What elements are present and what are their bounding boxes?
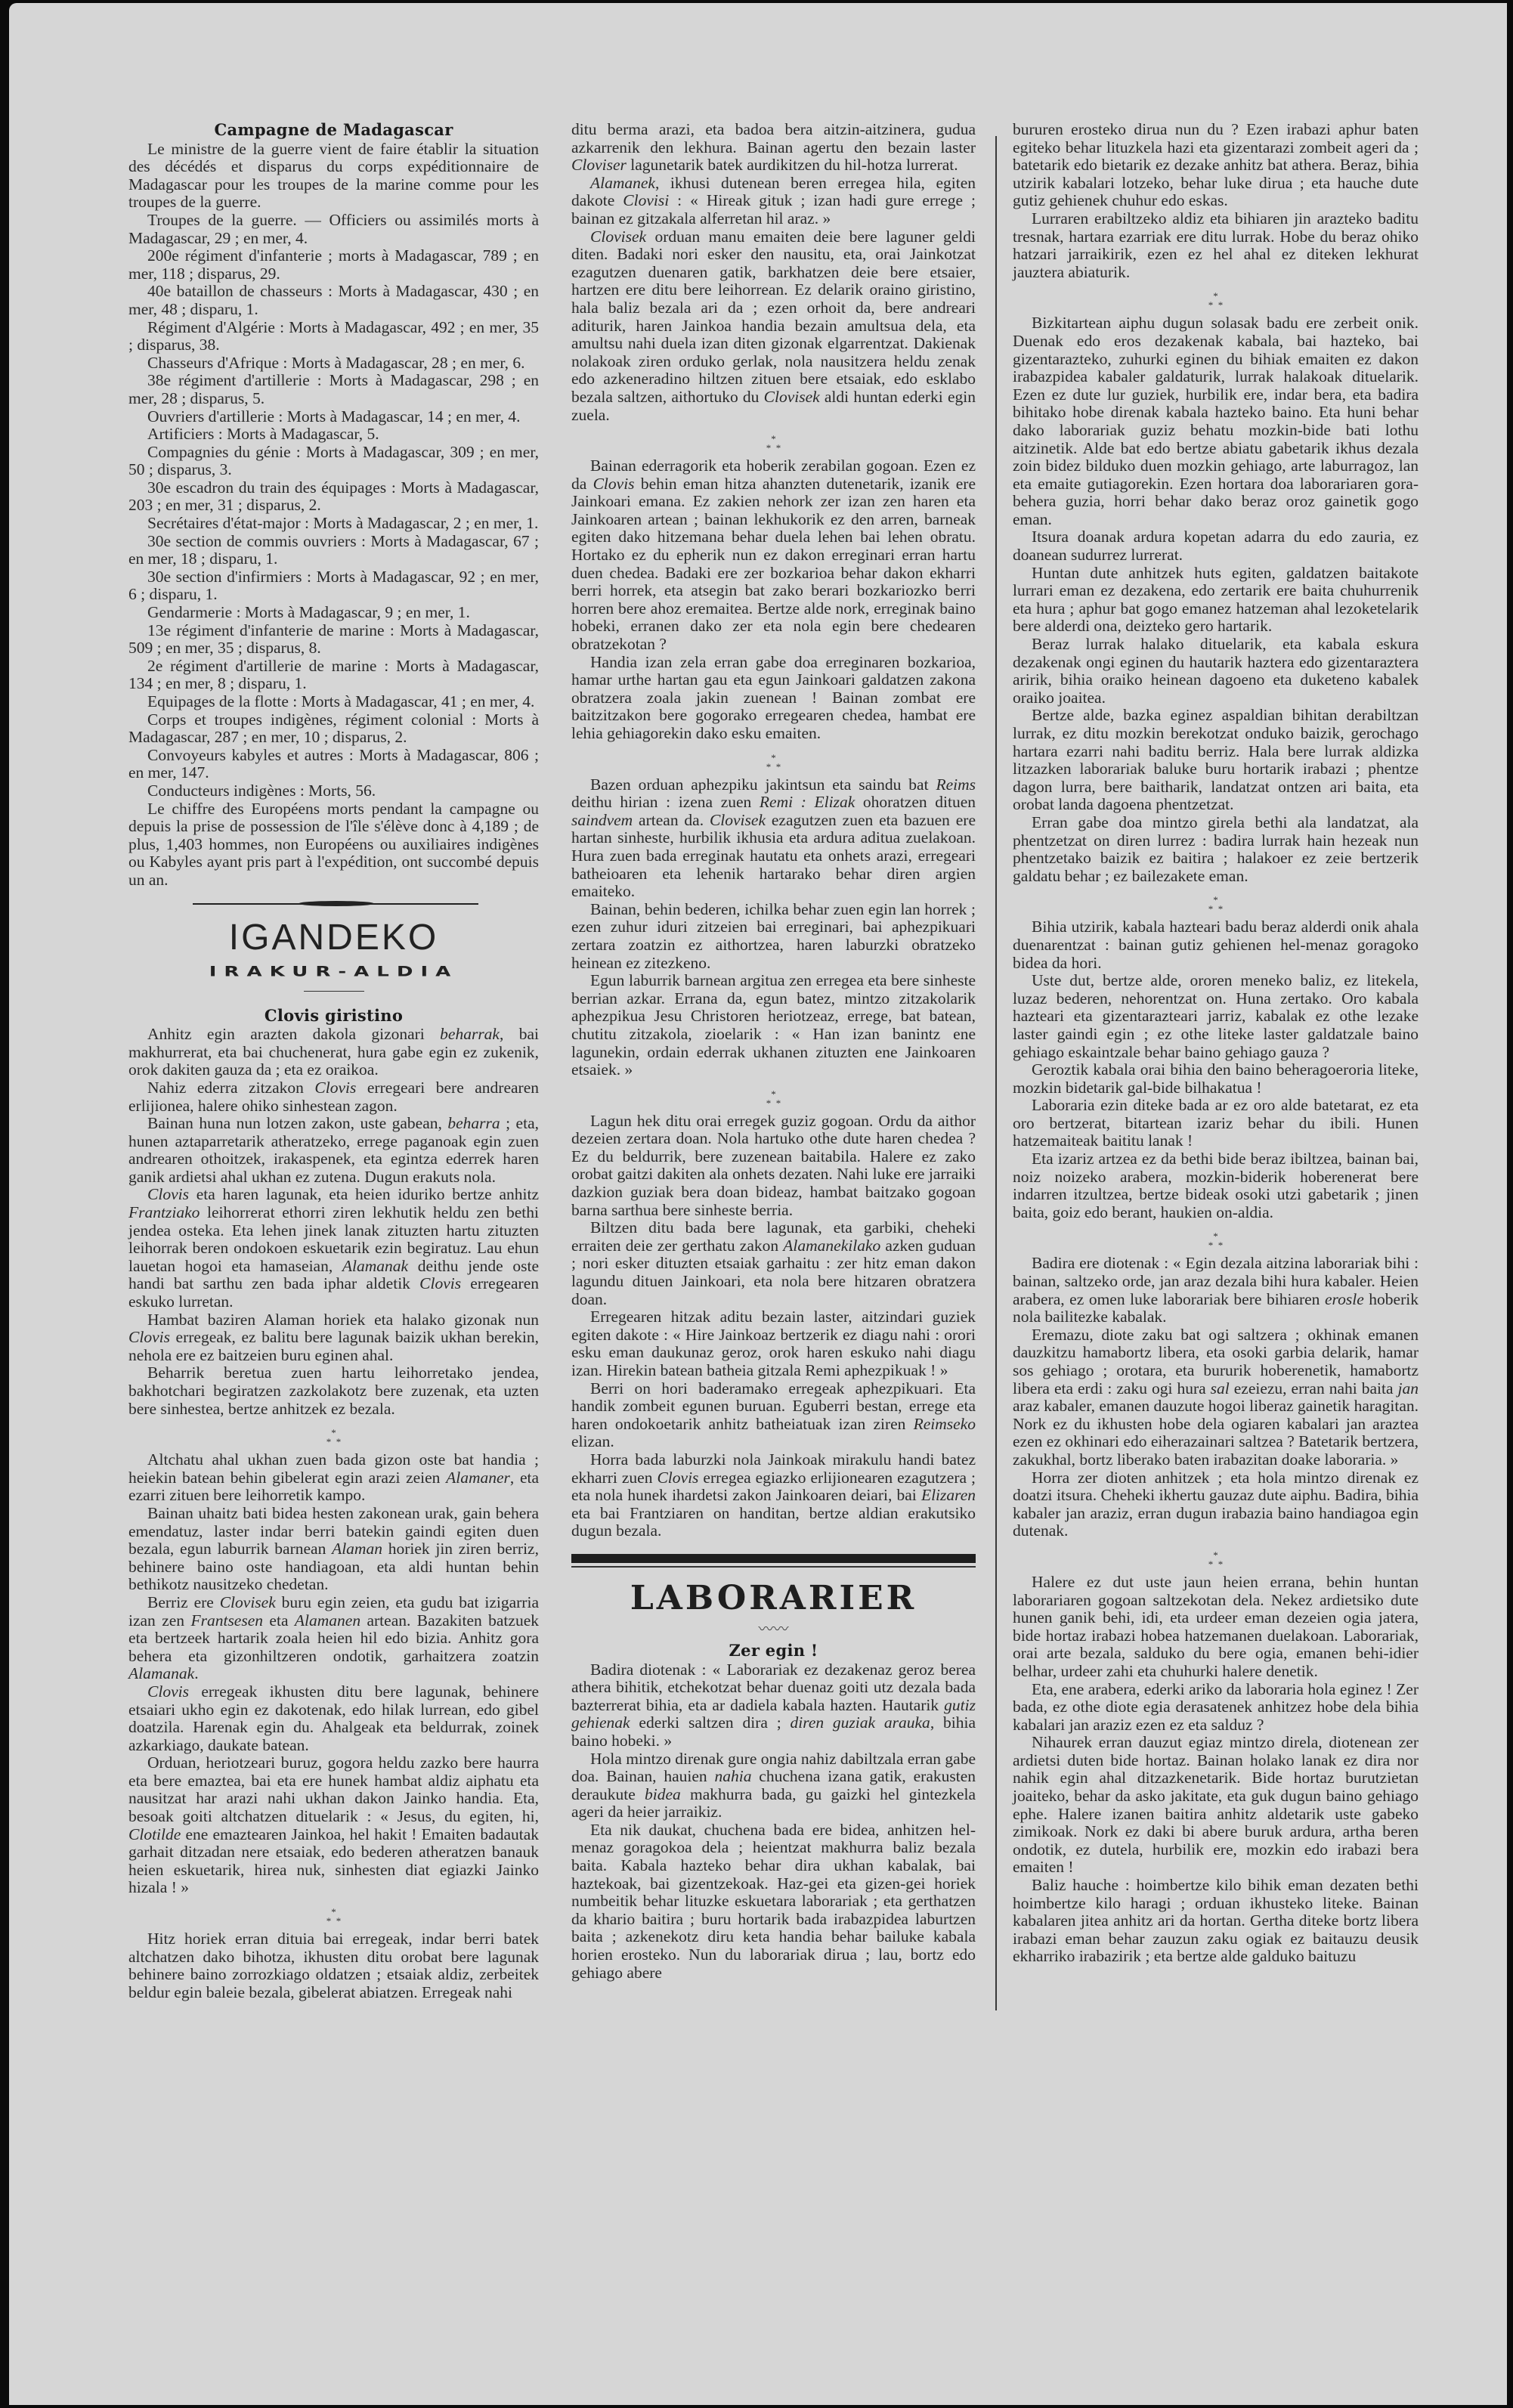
ornamental-divider <box>128 896 539 912</box>
paragraph: Eta nik daukat, chuchena bada ere bidea,… <box>571 1821 976 1982</box>
asterism-divider: ** * <box>1013 1540 1419 1574</box>
paragraph: Hitz horiek erran dituia bai erregeak, i… <box>128 1930 539 2001</box>
paragraph: bururen erosteko dirua nun du ? Ezen ira… <box>1013 121 1419 210</box>
clovis-article-part3: Hitz horiek erran dituia bai erregeak, i… <box>128 1930 539 2001</box>
paragraph: Hambat baziren Alaman horiek eta halako … <box>128 1311 539 1365</box>
paragraph: Erran gabe doa mintzo girela bethi ala l… <box>1013 814 1419 885</box>
paragraph: Geroztik kabala orai bihia den baino beh… <box>1013 1061 1419 1097</box>
laborarier-continued-4: Badira ere diotenak : « Egin dezala aitz… <box>1013 1255 1419 1540</box>
paragraph: Altchatu ahal ukhan zuen bada gizon oste… <box>128 1451 539 1505</box>
paragraph: Laboraria ezin diteke bada ar ez oro ald… <box>1013 1097 1419 1150</box>
paragraph: Handia izan zela erran gabe doa erregina… <box>571 654 976 743</box>
paragraph: Clovisek orduan manu emaiten deie bere l… <box>571 228 976 425</box>
paragraph: Bizkitartean aiphu dugun solasak badu er… <box>1013 314 1419 528</box>
paragraph: Eta, ene arabera, ederki ariko da labora… <box>1013 1681 1419 1735</box>
paragraph: Régiment d'Algérie : Morts à Madagascar,… <box>128 319 539 354</box>
laborarier-continued-2: Bizkitartean aiphu dugun solasak badu er… <box>1013 314 1419 885</box>
paragraph: Biltzen ditu bada bere lagunak, eta garb… <box>571 1219 976 1308</box>
laborarier-continued-5: Halere ez dut uste jaun heien errana, be… <box>1013 1574 1419 1966</box>
paragraph: Troupes de la guerre. — Officiers ou ass… <box>128 212 539 247</box>
paragraph: Huntan dute anhitzek huts egiten, galdat… <box>1013 565 1419 636</box>
clovis-continued-3: Bazen orduan aphezpiku jakintsun eta sai… <box>571 776 976 1079</box>
asterism-divider: ** * <box>1013 885 1419 918</box>
asterism-divider: ** * <box>1013 1221 1419 1255</box>
thick-divider <box>571 1554 976 1563</box>
paragraph: Bihia utzirik, kabala hazteari badu bera… <box>1013 918 1419 972</box>
paragraph: Bainan huna nun lotzen zakon, uste gabea… <box>128 1115 539 1186</box>
paragraph: Clovis eta haren lagunak, eta heien idur… <box>128 1186 539 1311</box>
paragraph: 2e régiment d'artillerie de marine : Mor… <box>128 658 539 693</box>
paragraph: 40e bataillon de chasseurs : Morts à Mad… <box>128 283 539 318</box>
paragraph: Hola mintzo direnak gure ongia nahiz dab… <box>571 1750 976 1821</box>
paragraph: 30e section de commis ouvriers : Morts à… <box>128 533 539 568</box>
madagascar-title: Campagne de Madagascar <box>128 121 539 139</box>
paragraph: Egun laburrik barnean argitua zen errege… <box>571 972 976 1079</box>
paragraph: Equipages de la flotte : Morts à Madagas… <box>128 693 539 711</box>
paragraph: Chasseurs d'Afrique : Morts à Madagascar… <box>128 354 539 373</box>
wavy-divider: 〰〰 <box>571 1623 976 1636</box>
asterism-divider: ** * <box>128 1418 539 1451</box>
asterism-divider: ** * <box>1013 281 1419 314</box>
short-divider <box>304 991 364 992</box>
asterism-divider: ** * <box>571 1079 976 1113</box>
paragraph: Horra zer dioten anhitzek ; eta hola min… <box>1013 1469 1419 1540</box>
laborarier-article: Badira diotenak : « Laborariak ez dezake… <box>571 1661 976 1982</box>
paragraph: ditu berma arazi, eta badoa bera aitzin-… <box>571 121 976 175</box>
asterism-divider: ** * <box>571 743 976 776</box>
paragraph: Corps et troupes indigènes, régiment col… <box>128 711 539 747</box>
paragraph: Bazen orduan aphezpiku jakintsun eta sai… <box>571 776 976 901</box>
clovis-article-part2: Altchatu ahal ukhan zuen bada gizon oste… <box>128 1451 539 1897</box>
paragraph: Lurraren erabiltzeko aldiz eta bihiaren … <box>1013 210 1419 281</box>
clovis-continued-1: ditu berma arazi, eta badoa bera aitzin-… <box>571 121 976 424</box>
paragraph: Erregearen hitzak aditu bezain laster, a… <box>571 1308 976 1379</box>
paragraph: Badira diotenak : « Laborariak ez dezake… <box>571 1661 976 1750</box>
paragraph: 200e régiment d'infanterie ; morts à Mad… <box>128 247 539 283</box>
paragraph: Nihaurek erran dauzut egiaz mintzo direl… <box>1013 1734 1419 1877</box>
zer-egin-title: Zer egin ! <box>571 1642 976 1660</box>
paragraph: Artificiers : Morts à Madagascar, 5. <box>128 426 539 444</box>
paragraph: Baliz hauche : hoimbertze kilo bihik ema… <box>1013 1877 1419 1966</box>
thin-divider <box>571 1566 976 1568</box>
paragraph: Nahiz ederra zitzakon Clovis erregeari b… <box>128 1079 539 1115</box>
paragraph: Le ministre de la guerre vient de faire … <box>128 141 539 212</box>
paragraph: Horra bada laburzki nola Jainkoak miraku… <box>571 1451 976 1540</box>
irakur-aldia-heading: IRAKUR-ALDIA <box>128 963 539 981</box>
paragraph: Beharrik beretua zuen hartu leihorretako… <box>128 1364 539 1418</box>
paragraph: Anhitz egin arazten dakola gizonari beha… <box>128 1026 539 1079</box>
paragraph: Eta izariz artzea ez da bethi bide beraz… <box>1013 1150 1419 1221</box>
paragraph: Uste dut, bertze alde, ororen meneko bal… <box>1013 972 1419 1061</box>
paragraph: Orduan, heriotzeari buruz, gogora heldu … <box>128 1754 539 1897</box>
paragraph: Bainan, behin bederen, ichilka behar zue… <box>571 901 976 972</box>
laborarier-continued-1: bururen erosteko dirua nun du ? Ezen ira… <box>1013 121 1419 281</box>
paragraph: Gendarmerie : Morts à Madagascar, 9 ; en… <box>128 604 539 622</box>
clovis-article-title: Clovis giristino <box>128 1007 539 1025</box>
clovis-continued-2: Bainan ederragorik eta hoberik zerabilan… <box>571 457 976 743</box>
paragraph: 13e régiment d'infanterie de marine : Mo… <box>128 622 539 658</box>
paragraph: Berriz ere Clovisek buru egin zeien, eta… <box>128 1594 539 1683</box>
column-divider <box>995 136 997 2010</box>
paragraph: Eremazu, diote zaku bat ogi saltzera ; o… <box>1013 1326 1419 1469</box>
paragraph: Bainan ederragorik eta hoberik zerabilan… <box>571 457 976 654</box>
column-3: bururen erosteko dirua nun du ? Ezen ira… <box>1013 121 1419 1966</box>
paragraph: Halere ez dut uste jaun heien errana, be… <box>1013 1574 1419 1681</box>
paragraph: 38e régiment d'artillerie : Morts à Mada… <box>128 372 539 407</box>
paragraph: Bainan uhaitz bati bidea hesten zakonean… <box>128 1505 539 1594</box>
igandeko-heading: IGANDEKO <box>128 917 539 959</box>
madagascar-article: Le ministre de la guerre vient de faire … <box>128 141 539 890</box>
paragraph: Clovis erregeak ikhusten ditu bere lagun… <box>128 1683 539 1754</box>
paragraph: Itsura doanak ardura kopetan adarra du e… <box>1013 528 1419 564</box>
paragraph: Le chiffre des Européens morts pendant l… <box>128 800 539 890</box>
paragraph: Badira ere diotenak : « Egin dezala aitz… <box>1013 1255 1419 1326</box>
paragraph: Berri on hori baderamako erregeak aphezp… <box>571 1380 976 1451</box>
paragraph: 30e section d'infirmiers : Morts à Madag… <box>128 568 539 604</box>
paragraph: Beraz lurrak halako dituelarik, eta kaba… <box>1013 636 1419 707</box>
paragraph: Alamanek, ikhusi dutenean beren erregea … <box>571 175 976 228</box>
paragraph: 30e escadron du train des équipages : Mo… <box>128 479 539 515</box>
laborarier-continued-3: Bihia utzirik, kabala hazteari badu bera… <box>1013 918 1419 1221</box>
clovis-article-part1: Anhitz egin arazten dakola gizonari beha… <box>128 1026 539 1418</box>
paragraph: Conducteurs indigènes : Morts, 56. <box>128 782 539 800</box>
column-1: Campagne de Madagascar Le ministre de la… <box>128 121 539 2001</box>
clovis-continued-4: Lagun hek ditu orai erregek guziz gogoan… <box>571 1113 976 1540</box>
paragraph: Compagnies du génie : Morts à Madagascar… <box>128 444 539 479</box>
paragraph: Lagun hek ditu orai erregek guziz gogoan… <box>571 1113 976 1220</box>
asterism-divider: ** * <box>571 424 976 457</box>
paragraph: Ouvriers d'artillerie : Morts à Madagasc… <box>128 408 539 426</box>
paragraph: Convoyeurs kabyles et autres : Morts à M… <box>128 747 539 782</box>
column-2: ditu berma arazi, eta badoa bera aitzin-… <box>571 121 976 1982</box>
laborarier-heading: LABORARIER <box>571 1580 976 1617</box>
paragraph: Secrétaires d'état-major : Morts à Madag… <box>128 515 539 533</box>
paragraph: Bertze alde, bazka eginez aspaldian bihi… <box>1013 707 1419 814</box>
asterism-divider: ** * <box>128 1897 539 1930</box>
